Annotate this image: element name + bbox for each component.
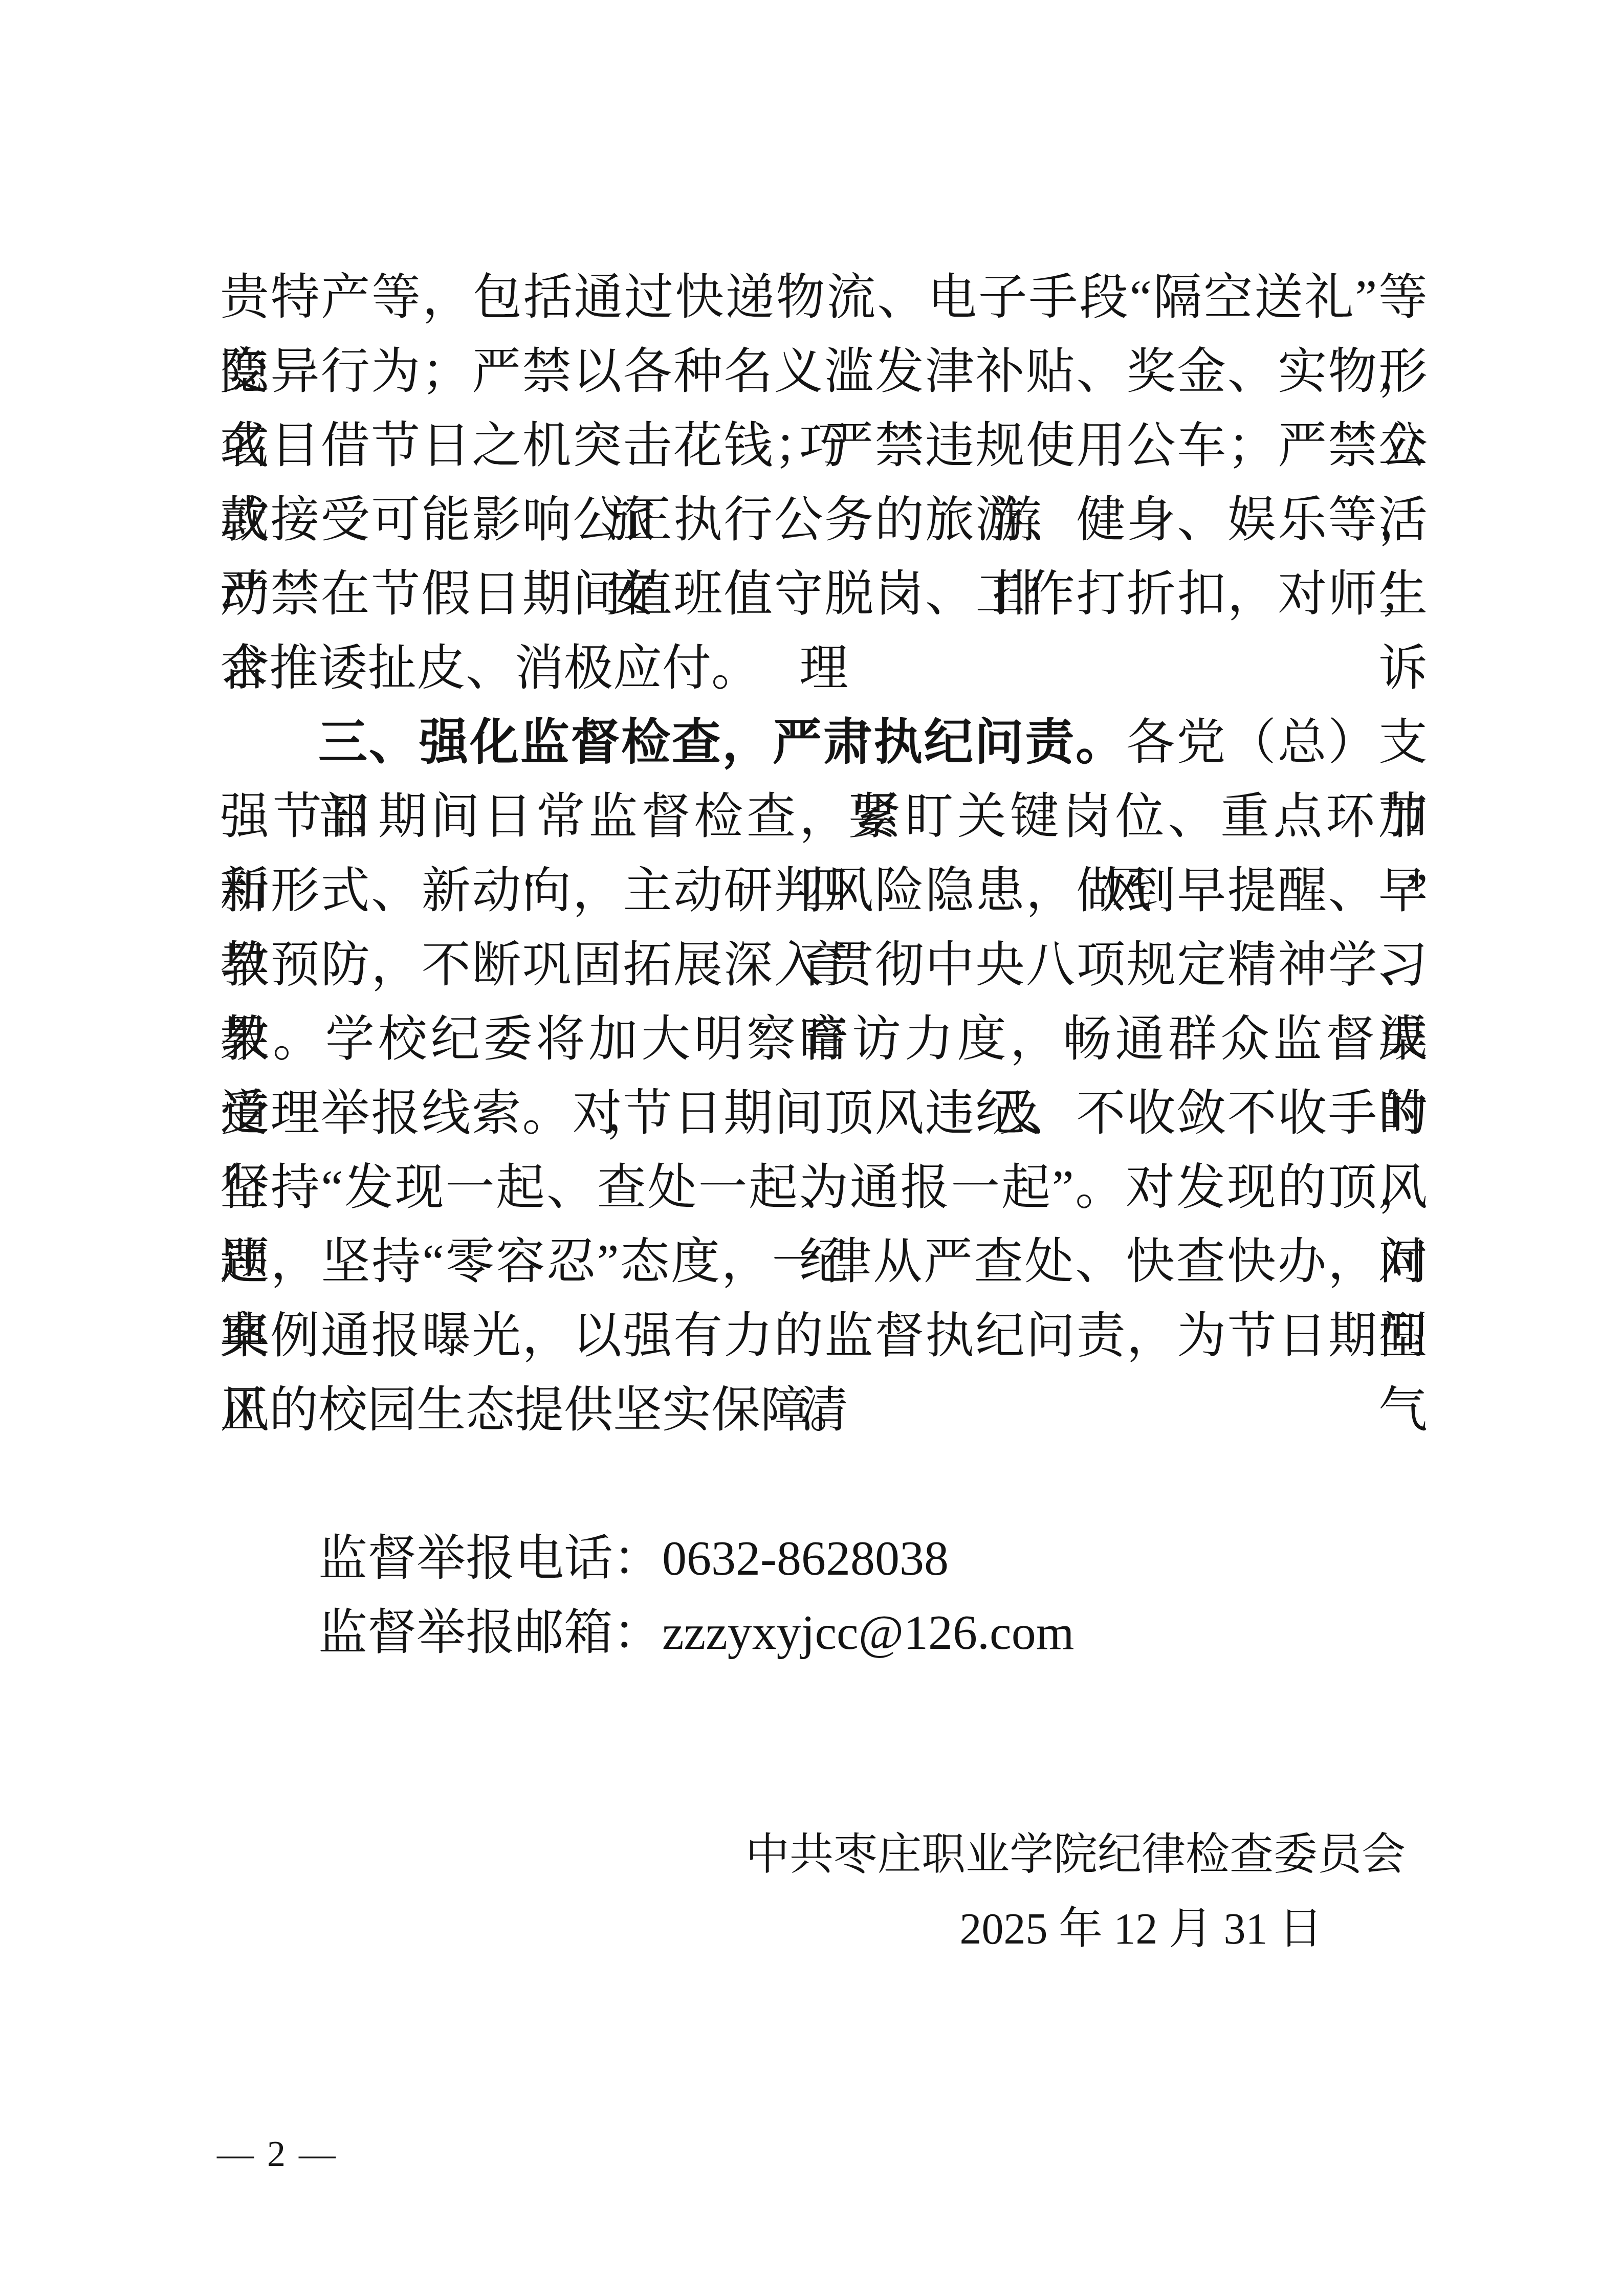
body-text: 贵特产等，包括通过快递物流、电子手段“隔空送礼”等隐形变异行为；严禁以各种名义滥… bbox=[220, 260, 1428, 1447]
contact-email-line: 监督举报邮箱：zzzyxyjcc@126.com bbox=[220, 1595, 1428, 1669]
body-line: 果。学校纪委将加大明察暗访力度，畅通群众监督渠道，及时 bbox=[220, 1002, 1428, 1076]
body-line: 变异行为；严禁以各种名义滥发津补贴、奖金、实物，或巧立 bbox=[220, 334, 1428, 408]
body-line: 名目借节日之机突击花钱；严禁违规使用公车；严禁公款旅游， bbox=[220, 408, 1428, 482]
body-line: 受理举报线索。对节日期间顶风违纪、不收敛不收手的行为， bbox=[220, 1076, 1428, 1150]
blank-line bbox=[220, 1669, 1428, 1743]
body-line: 三、强化监督检查，严肃执纪问责。各党（总）支部要加 bbox=[220, 705, 1428, 779]
body-line: 新形式、新动向，主动研判风险隐患，做到早提醒、早教育、 bbox=[220, 853, 1428, 928]
document-body: 贵特产等，包括通过快递物流、电子手段“隔空送礼”等隐形变异行为；严禁以各种名义滥… bbox=[220, 260, 1428, 1966]
body-line: 或接受可能影响公正执行公务的旅游、健身、娱乐等活动安排； bbox=[220, 482, 1428, 557]
blank-line bbox=[220, 1743, 1428, 1818]
blank-line bbox=[220, 1447, 1428, 1521]
document-page: { "document": { "lines": [ { "text": "贵特… bbox=[0, 0, 1623, 2296]
body-line: 案例通报曝光，以强有力的监督执纪问责，为节日期间风清气 bbox=[220, 1298, 1428, 1373]
signature-date: 2025 年 12 月 31 日 bbox=[220, 1892, 1428, 1966]
body-line: 坚持“发现一起、查处一起、通报一起”。对发现的顶风违纪问 bbox=[220, 1150, 1428, 1224]
section-heading: 三、强化监督检查，严肃执纪问责。 bbox=[318, 715, 1126, 769]
contact-phone-line: 监督举报电话：0632-8628038 bbox=[220, 1521, 1428, 1595]
body-line: 早预防，不断巩固拓展深入贯彻中央八项规定精神学习教育成 bbox=[220, 928, 1428, 1002]
body-line: 严禁在节假日期间值班值守脱岗、工作打折扣，对师生合理诉 bbox=[220, 557, 1428, 631]
body-line: 强节日期间日常监督检查，紧盯关键岗位、重点环节和“四风” bbox=[220, 779, 1428, 853]
signature-organization: 中共枣庄职业学院纪律检查委员会 bbox=[220, 1818, 1428, 1892]
body-line: 贵特产等，包括通过快递物流、电子手段“隔空送礼”等隐形 bbox=[220, 260, 1428, 334]
body-line: 题，坚持“零容忍”态度，一律从严查处、快查快办，对典型 bbox=[220, 1224, 1428, 1298]
page-number: — 2 — bbox=[217, 2131, 338, 2177]
